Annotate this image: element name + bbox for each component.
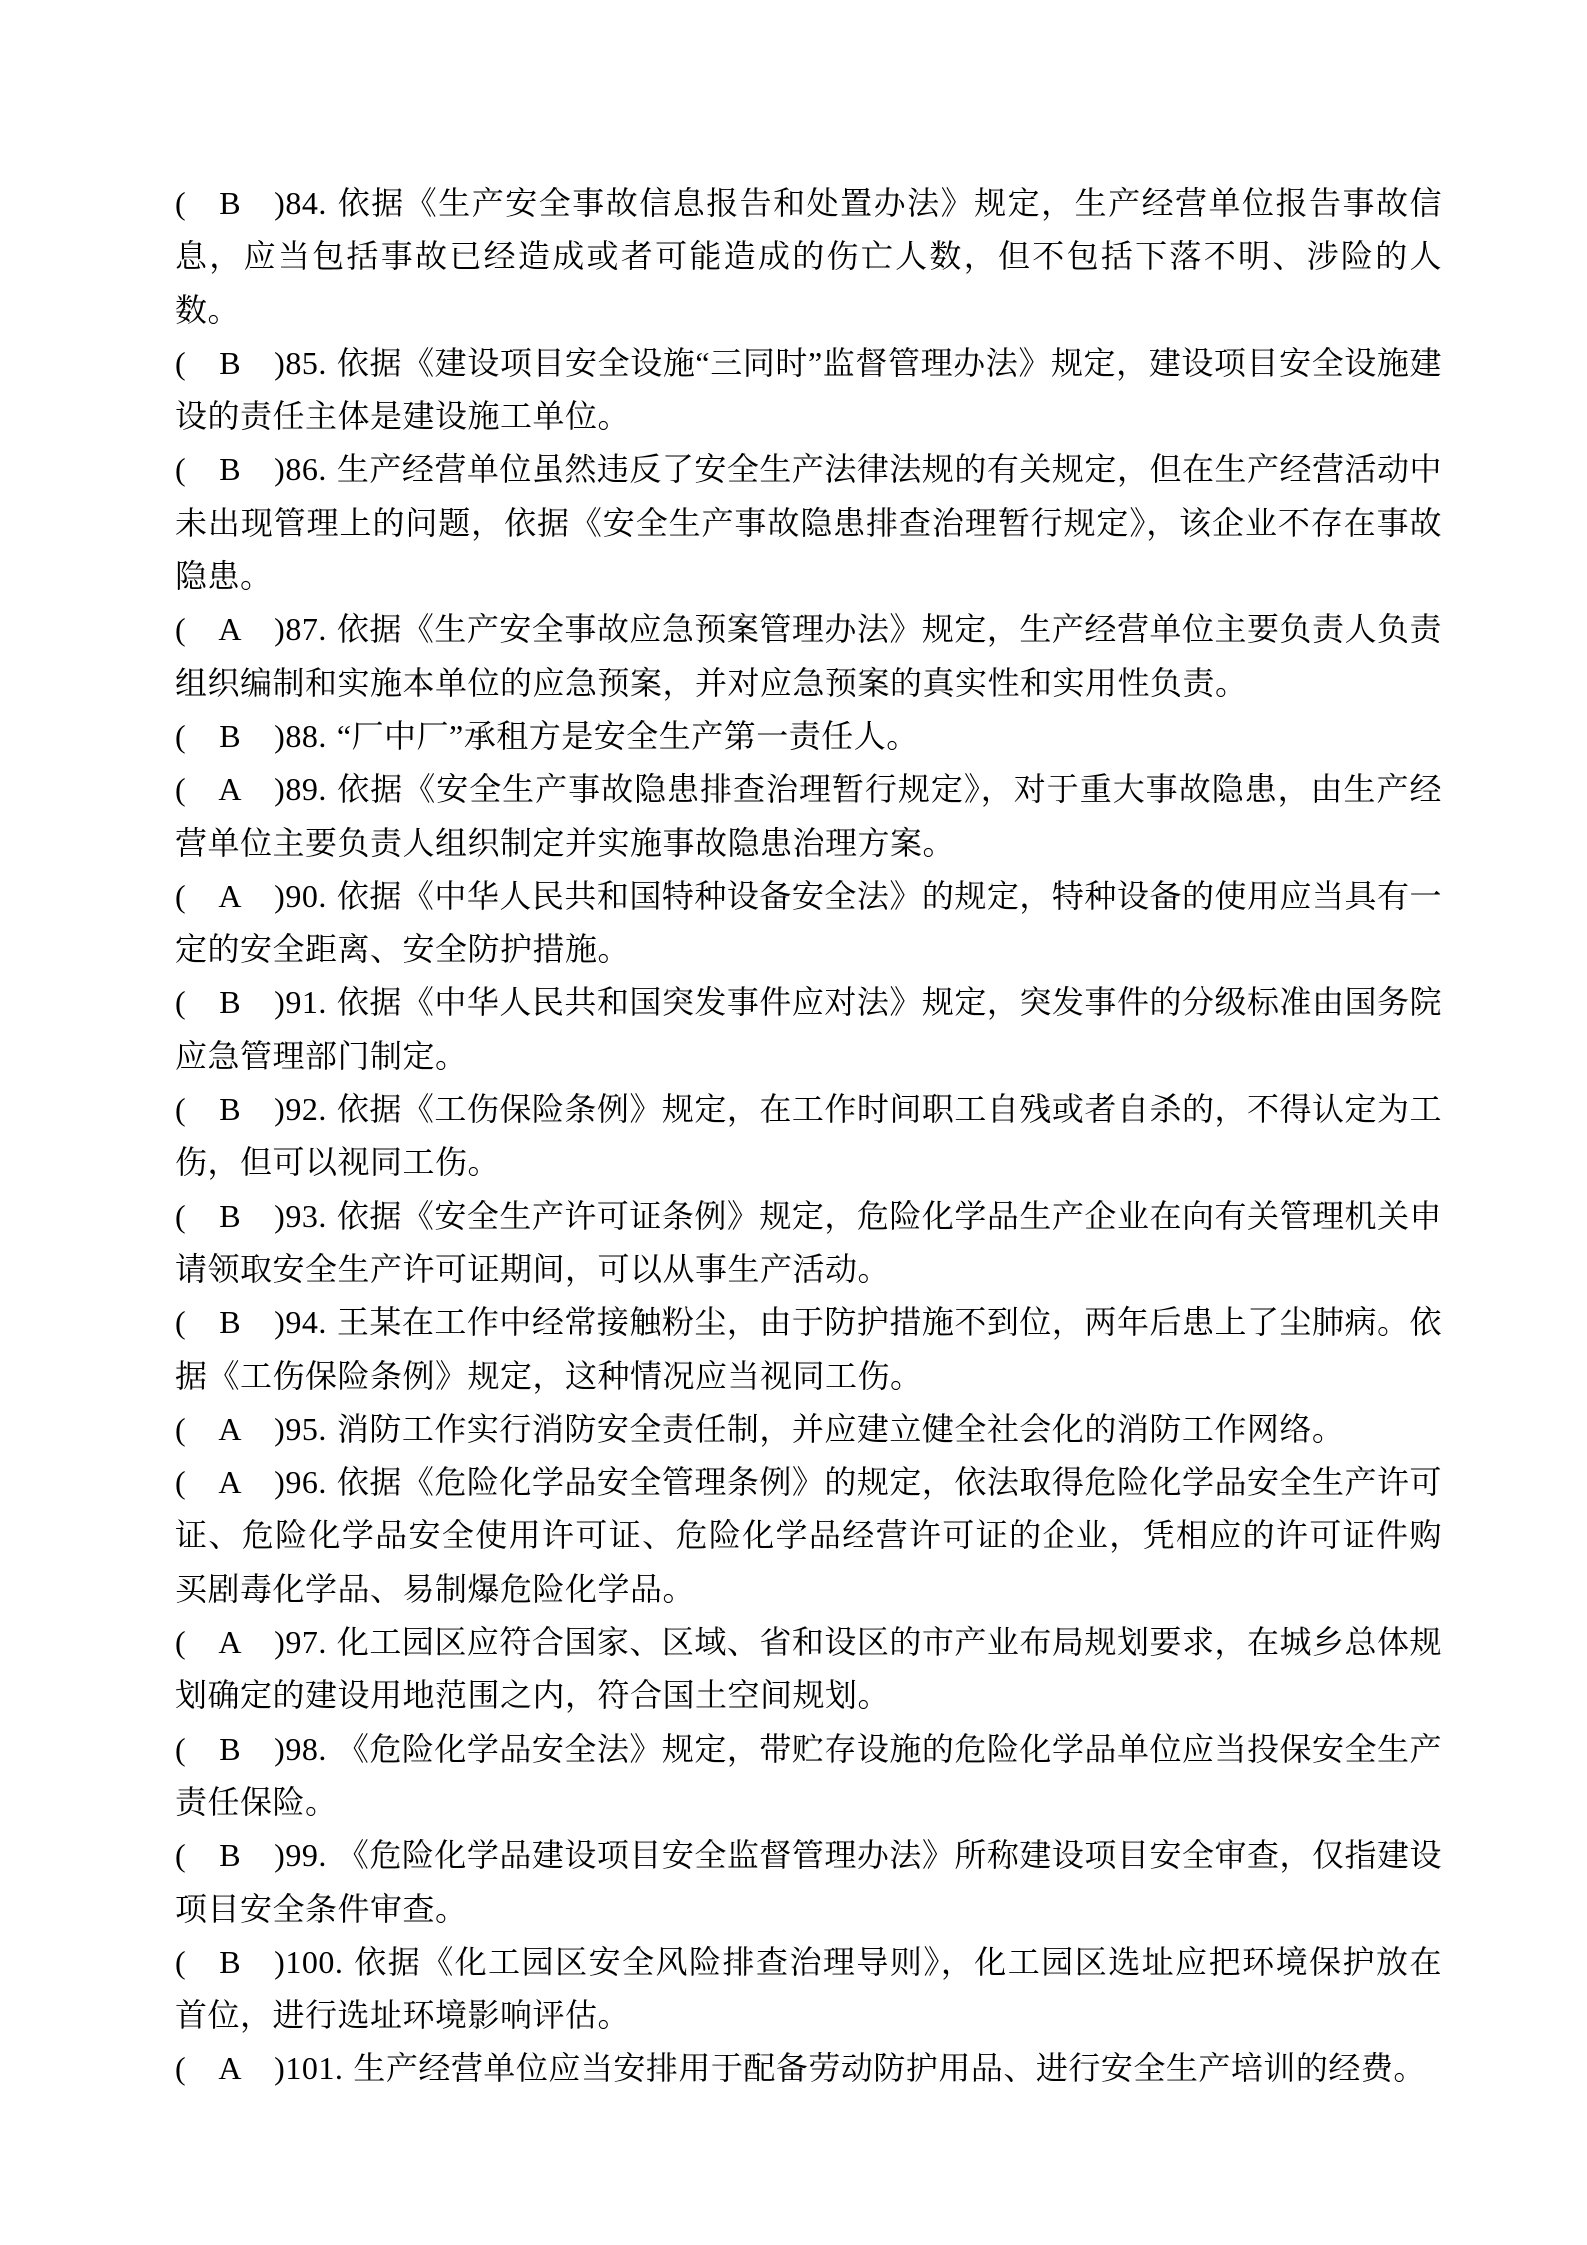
question-text: 生产经营单位应当安排用于配备劳动防护用品、进行安全生产培训的经费。 (353, 2050, 1426, 2086)
answer-bracket-close: ) (274, 1411, 285, 1447)
answer-letter: B (186, 1083, 274, 1136)
answer-bracket-open: ( (175, 1837, 186, 1873)
answer-bracket-open: ( (175, 1198, 186, 1234)
answer-bracket-open: ( (175, 345, 186, 381)
answer-bracket-open: ( (175, 2050, 186, 2086)
answer-bracket-close: ) (274, 878, 285, 914)
question-text: 依据《生产安全事故应急预案管理办法》规定，生产经营单位主要负责人负责组织编制和实… (175, 611, 1442, 700)
answer-bracket-close: ) (274, 1944, 285, 1980)
question-item: (B)85.依据《建设项目安全设施“三同时”监督管理办法》规定，建设项目安全设施… (175, 337, 1442, 444)
question-number: 87. (285, 611, 327, 647)
question-item: (A)90.依据《中华人民共和国特种设备安全法》的规定，特种设备的使用应当具有一… (175, 870, 1442, 977)
question-number: 89. (285, 771, 327, 807)
question-text: 依据《安全生产许可证条例》规定，危险化学品生产企业在向有关管理机关申请领取安全生… (175, 1198, 1442, 1287)
question-text: 依据《生产安全事故信息报告和处置办法》规定，生产经营单位报告事故信息，应当包括事… (175, 185, 1442, 328)
answer-bracket-open: ( (175, 1944, 186, 1980)
question-item: (B)86.生产经营单位虽然违反了安全生产法律法规的有关规定，但在生产经营活动中… (175, 443, 1442, 603)
question-text: 依据《中华人民共和国突发事件应对法》规定，突发事件的分级标准由国务院应急管理部门… (175, 984, 1442, 1073)
answer-bracket-open: ( (175, 1624, 186, 1660)
answer-letter: B (186, 337, 274, 390)
answer-letter: B (186, 1936, 274, 1989)
answer-bracket-close: ) (274, 1837, 285, 1873)
question-text: “厂中厂”承租方是安全生产第一责任人。 (337, 718, 919, 754)
question-number: 97. (285, 1624, 327, 1660)
question-text: 依据《中华人民共和国特种设备安全法》的规定，特种设备的使用应当具有一定的安全距离… (175, 878, 1442, 967)
question-text: 《危险化学品安全法》规定，带贮存设施的危险化学品单位应当投保安全生产责任保险。 (175, 1731, 1442, 1820)
question-list: (B)84.依据《生产安全事故信息报告和处置办法》规定，生产经营单位报告事故信息… (175, 177, 1442, 2096)
answer-letter: B (186, 1723, 274, 1776)
question-item: (B)94.王某在工作中经常接触粉尘，由于防护措施不到位，两年后患上了尘肺病。依… (175, 1296, 1442, 1403)
answer-bracket-open: ( (175, 185, 186, 221)
answer-letter: A (186, 763, 274, 816)
answer-letter: A (186, 603, 274, 656)
answer-letter: A (186, 870, 274, 923)
answer-bracket-close: ) (274, 984, 285, 1020)
question-item: (A)95.消防工作实行消防安全责任制，并应建立健全社会化的消防工作网络。 (175, 1403, 1442, 1456)
question-number: 100. (285, 1944, 343, 1980)
answer-letter: B (186, 976, 274, 1029)
question-text: 消防工作实行消防安全责任制，并应建立健全社会化的消防工作网络。 (337, 1411, 1345, 1447)
answer-letter: A (186, 1616, 274, 1669)
question-text: 依据《危险化学品安全管理条例》的规定，依法取得危险化学品安全生产许可证、危险化学… (175, 1464, 1442, 1607)
answer-bracket-close: ) (274, 1304, 285, 1340)
answer-letter: B (186, 1829, 274, 1882)
question-item: (B)98.《危险化学品安全法》规定，带贮存设施的危险化学品单位应当投保安全生产… (175, 1723, 1442, 1830)
answer-bracket-close: ) (274, 1464, 285, 1500)
question-text: 依据《化工园区安全风险排查治理导则》，化工园区选址应把环境保护放在首位，进行选址… (175, 1944, 1442, 2033)
answer-bracket-open: ( (175, 1411, 186, 1447)
answer-bracket-close: ) (274, 1731, 285, 1767)
answer-bracket-close: ) (274, 1624, 285, 1660)
question-text: 依据《建设项目安全设施“三同时”监督管理办法》规定，建设项目安全设施建设的责任主… (175, 345, 1442, 434)
question-number: 94. (285, 1304, 327, 1340)
question-number: 96. (285, 1464, 327, 1500)
question-number: 95. (285, 1411, 327, 1447)
question-item: (A)87.依据《生产安全事故应急预案管理办法》规定，生产经营单位主要负责人负责… (175, 603, 1442, 710)
question-item: (B)88.“厂中厂”承租方是安全生产第一责任人。 (175, 710, 1442, 763)
question-number: 98. (285, 1731, 327, 1767)
answer-bracket-open: ( (175, 771, 186, 807)
answer-bracket-open: ( (175, 1304, 186, 1340)
answer-letter: A (186, 1456, 274, 1509)
question-text: 依据《安全生产事故隐患排查治理暂行规定》，对于重大事故隐患，由生产经营单位主要负… (175, 771, 1442, 860)
answer-bracket-close: ) (274, 451, 285, 487)
question-item: (B)100.依据《化工园区安全风险排查治理导则》，化工园区选址应把环境保护放在… (175, 1936, 1442, 2043)
question-item: (A)97.化工园区应符合国家、区域、省和设区的市产业布局规划要求，在城乡总体规… (175, 1616, 1442, 1723)
question-item: (B)93.依据《安全生产许可证条例》规定，危险化学品生产企业在向有关管理机关申… (175, 1190, 1442, 1297)
question-number: 101. (285, 2050, 343, 2086)
question-item: (B)99.《危险化学品建设项目安全监督管理办法》所称建设项目安全审查，仅指建设… (175, 1829, 1442, 1936)
answer-bracket-close: ) (274, 185, 285, 221)
answer-bracket-open: ( (175, 984, 186, 1020)
answer-bracket-close: ) (274, 718, 285, 754)
answer-letter: B (186, 443, 274, 496)
answer-bracket-close: ) (274, 345, 285, 381)
question-text: 《危险化学品建设项目安全监督管理办法》所称建设项目安全审查，仅指建设项目安全条件… (175, 1837, 1442, 1926)
question-text: 依据《工伤保险条例》规定，在工作时间职工自残或者自杀的，不得认定为工伤，但可以视… (175, 1091, 1442, 1180)
question-number: 88. (285, 718, 327, 754)
question-number: 99. (285, 1837, 327, 1873)
answer-letter: B (186, 710, 274, 763)
answer-bracket-close: ) (274, 1091, 285, 1127)
question-item: (B)91.依据《中华人民共和国突发事件应对法》规定，突发事件的分级标准由国务院… (175, 976, 1442, 1083)
question-number: 91. (285, 984, 327, 1020)
answer-letter: B (186, 1190, 274, 1243)
question-item: (B)84.依据《生产安全事故信息报告和处置办法》规定，生产经营单位报告事故信息… (175, 177, 1442, 337)
answer-bracket-close: ) (274, 2050, 285, 2086)
question-number: 92. (285, 1091, 327, 1127)
question-item: (A)89.依据《安全生产事故隐患排查治理暂行规定》，对于重大事故隐患，由生产经… (175, 763, 1442, 870)
answer-bracket-open: ( (175, 611, 186, 647)
question-text: 化工园区应符合国家、区域、省和设区的市产业布局规划要求，在城乡总体规划确定的建设… (175, 1624, 1442, 1713)
answer-letter: B (186, 177, 274, 230)
question-number: 93. (285, 1198, 327, 1234)
answer-bracket-open: ( (175, 1731, 186, 1767)
answer-bracket-open: ( (175, 718, 186, 754)
answer-bracket-open: ( (175, 451, 186, 487)
answer-bracket-open: ( (175, 1091, 186, 1127)
exam-document-page: (B)84.依据《生产安全事故信息报告和处置办法》规定，生产经营单位报告事故信息… (0, 0, 1587, 2245)
answer-bracket-open: ( (175, 1464, 186, 1500)
answer-letter: A (186, 2042, 274, 2095)
answer-bracket-close: ) (274, 771, 285, 807)
question-number: 90. (285, 878, 327, 914)
answer-bracket-close: ) (274, 1198, 285, 1234)
question-item: (B)92.依据《工伤保险条例》规定，在工作时间职工自残或者自杀的，不得认定为工… (175, 1083, 1442, 1190)
question-number: 85. (285, 345, 327, 381)
answer-bracket-close: ) (274, 611, 285, 647)
question-text: 王某在工作中经常接触粉尘，由于防护措施不到位，两年后患上了尘肺病。依据《工伤保险… (175, 1304, 1442, 1393)
question-number: 84. (285, 185, 327, 221)
answer-letter: B (186, 1296, 274, 1349)
answer-bracket-open: ( (175, 878, 186, 914)
question-item: (A)96.依据《危险化学品安全管理条例》的规定，依法取得危险化学品安全生产许可… (175, 1456, 1442, 1616)
question-item: (A)101.生产经营单位应当安排用于配备劳动防护用品、进行安全生产培训的经费。 (175, 2042, 1442, 2095)
answer-letter: A (186, 1403, 274, 1456)
question-number: 86. (285, 451, 327, 487)
question-text: 生产经营单位虽然违反了安全生产法律法规的有关规定，但在生产经营活动中未出现管理上… (175, 451, 1442, 594)
